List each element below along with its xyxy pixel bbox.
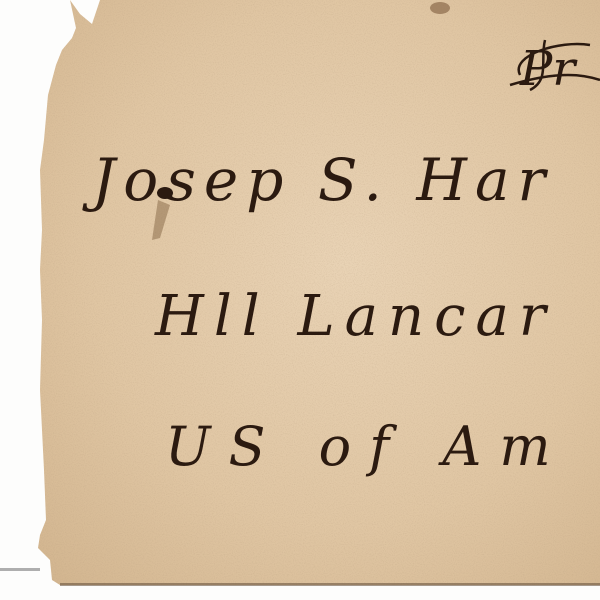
photo-scene: Pr Josep S. Har Hll Lancar US of Am	[0, 0, 600, 600]
envelope-paper	[0, 0, 600, 600]
